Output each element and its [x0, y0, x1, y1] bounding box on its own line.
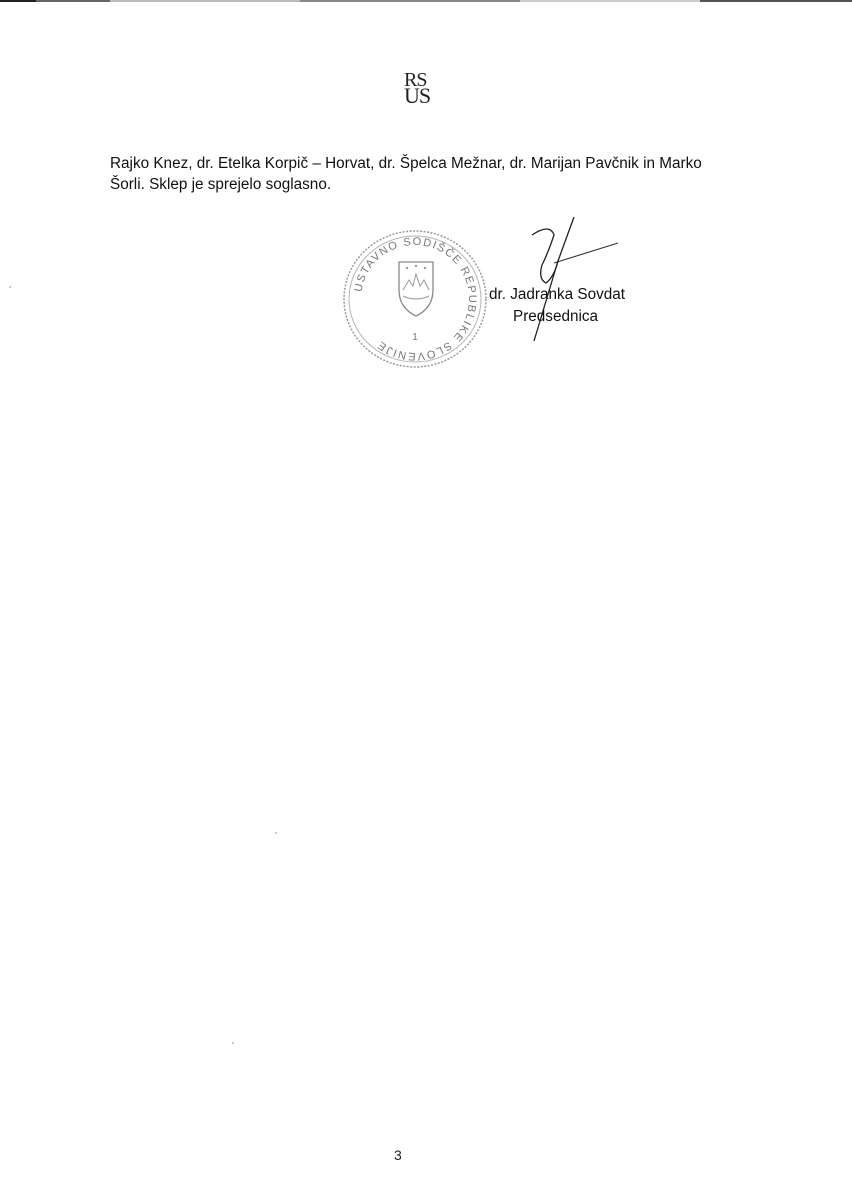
coat-of-arms-icon	[399, 262, 433, 316]
court-seal-icon: USTAVNO SODIŠČE REPUBLIKE SLOVENIJE 1	[341, 228, 489, 370]
court-logo: RS US	[402, 70, 448, 110]
seal-number: 1	[412, 332, 418, 343]
scan-speck	[232, 1042, 234, 1044]
signature-block: dr. Jadranka Sovdat Predsednica	[489, 284, 625, 328]
signer-role: Predsednica	[489, 306, 625, 328]
signer-name: dr. Jadranka Sovdat	[489, 284, 625, 306]
body-paragraph: Rajko Knez, dr. Etelka Korpič – Horvat, …	[110, 153, 730, 195]
scan-speck	[9, 286, 11, 288]
logo-us-text: US	[404, 85, 430, 107]
scan-top-edge	[0, 0, 852, 2]
page-number: 3	[394, 1147, 402, 1163]
scan-speck	[275, 832, 277, 834]
